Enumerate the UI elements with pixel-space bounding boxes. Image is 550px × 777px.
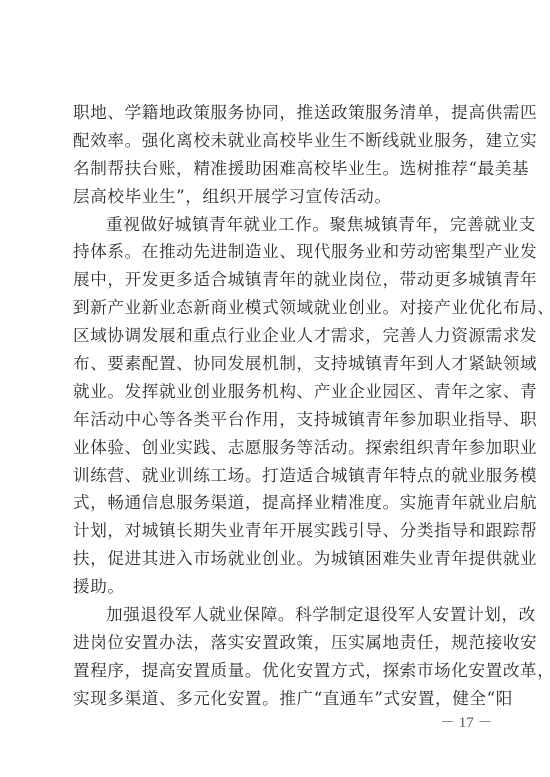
text-line: 计划，对城镇长期失业青年开展实践引导、分类指导和跟踪帮: [73, 517, 478, 545]
text-line: 年活动中心等各类平台作用，支持城镇青年参加职业指导、职: [73, 406, 478, 434]
text-line: 置程序，提高安置质量。优化安置方式，探索市场化安置改革，: [73, 657, 478, 685]
text-line: 布、要素配置、协同发展机制，支持城镇青年到人才紧缺领域: [73, 350, 478, 378]
text-line: 持体系。在推动先进制造业、现代服务业和劳动密集型产业发: [73, 238, 478, 266]
body-text: 职地、学籍地政策服务协同，推送政策服务清单，提高供需匹 配效率。强化离校未就业高…: [73, 99, 478, 713]
text-line: 进岗位安置办法，落实安置政策，压实属地责任，规范接收安: [73, 629, 478, 657]
text-line: 式，畅通信息服务渠道，提高择业精准度。实施青年就业启航: [73, 489, 478, 517]
text-line: 区域协调发展和重点行业企业人才需求，完善人力资源需求发: [73, 322, 478, 350]
document-page: 职地、学籍地政策服务协同，推送政策服务清单，提高供需匹 配效率。强化离校未就业高…: [0, 0, 550, 777]
text-line: 到新产业新业态新商业模式领域就业创业。对接产业优化布局、: [73, 294, 478, 322]
text-line: 展中，开发更多适合城镇青年的就业岗位，带动更多城镇青年: [73, 266, 478, 294]
text-line: 援助。: [73, 573, 478, 601]
text-line: 名制帮扶台账，精准援助困难高校毕业生。选树推荐“最美基: [73, 155, 478, 183]
text-line: 职地、学籍地政策服务协同，推送政策服务清单，提高供需匹: [73, 99, 478, 127]
text-line: 业体验、创业实践、志愿服务等活动。探索组织青年参加职业: [73, 434, 478, 462]
paragraph-heading-line: 加强退役军人就业保障。科学制定退役军人安置计划，改: [73, 601, 478, 629]
text-line: 扶，促进其进入市场就业创业。为城镇困难失业青年提供就业: [73, 545, 478, 573]
text-line: 配效率。强化离校未就业高校毕业生不断线就业服务，建立实: [73, 127, 478, 155]
text-line: 训练营、就业训练工场。打造适合城镇青年特点的就业服务模: [73, 462, 478, 490]
text-line: 层高校毕业生”，组织开展学习宣传活动。: [73, 183, 478, 211]
page-number: － 17 －: [440, 711, 493, 732]
paragraph-heading-line: 重视做好城镇青年就业工作。聚焦城镇青年，完善就业支: [73, 211, 478, 239]
text-line: 就业。发挥就业创业服务机构、产业企业园区、青年之家、青: [73, 378, 478, 406]
text-line: 实现多渠道、多元化安置。推广“直通车”式安置，健全“阳: [73, 685, 478, 713]
